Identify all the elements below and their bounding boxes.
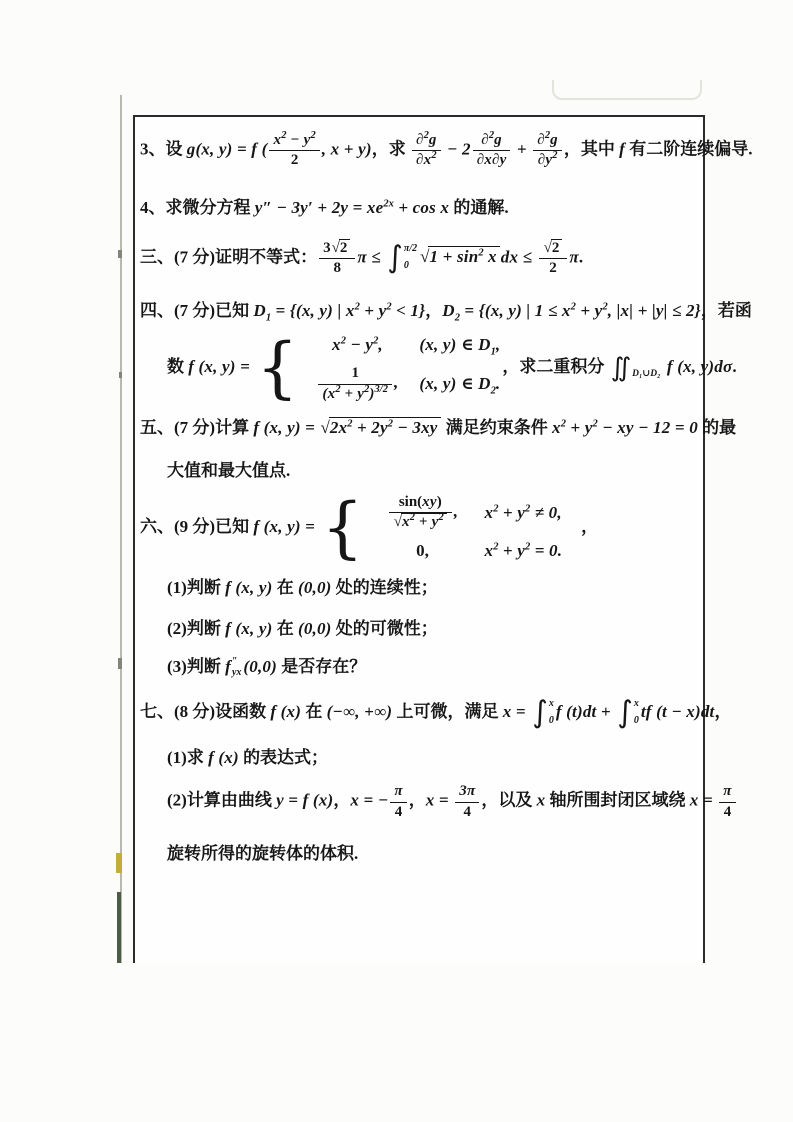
text-run: 满足约束条件: [442, 418, 553, 437]
text-run: 四、(7 分)已知: [140, 301, 253, 320]
scan-smudge: [118, 250, 122, 258]
cases-rows: x2 − y2,(x, y) ∈ D1,1(x2 + y2)3/2,(x, y)…: [301, 334, 500, 403]
text-run: sin(: [399, 494, 422, 510]
text-run: 在: [272, 578, 298, 597]
text-run: 旋转所得的旋转体的体积.: [167, 844, 358, 863]
math-run: x: [485, 541, 494, 560]
math-run: g: [429, 132, 437, 148]
math-run: + y: [566, 418, 593, 437]
scan-smudge: [118, 658, 122, 669]
math-run: − y: [286, 132, 310, 148]
text-run: 的表达式；: [239, 748, 328, 767]
superscript: 2: [552, 150, 557, 161]
math-run: ∂: [416, 132, 424, 148]
math-run: dx ≤: [501, 247, 537, 266]
math-run: ,: [378, 335, 382, 354]
denominator: √x2 + y2: [389, 513, 452, 531]
text-run: 2: [552, 240, 560, 256]
math-run: (x, y) ∈ D: [419, 374, 490, 393]
text-run: 的最: [698, 418, 736, 437]
math-run: π: [394, 783, 402, 799]
math-run: f (x, y) =: [253, 517, 319, 536]
numerator: 1: [318, 365, 392, 384]
denominator: (x2 + y2)3/2: [318, 385, 392, 403]
math-run: (x: [322, 386, 335, 402]
math-run: − xy − 12 = 0: [598, 418, 698, 437]
question-line: 数 f (x, y) = {x2 − y2,(x, y) ∈ D1,1(x2 +…: [167, 334, 703, 403]
math-run: xy: [422, 494, 437, 510]
text-run: (1)求: [167, 748, 208, 767]
text-run: 3、设: [140, 140, 187, 159]
question-line: 三、(7 分)证明不等式：3√28π ≤ ∫π/20√1 + sin2 xdx …: [140, 240, 703, 278]
text-run: 轴所围封闭区域绕: [545, 791, 690, 810]
math-run: ∂x: [416, 152, 431, 168]
text-run: ): [437, 494, 442, 510]
question-line: 四、(7 分)已知 D1 = {(x, y) | x2 + y2 < 1}，D2…: [140, 300, 703, 322]
text-run: 4: [724, 804, 732, 820]
numerator: x2 − y2: [269, 132, 319, 151]
math-run: , x + y): [322, 140, 372, 159]
text-run: 是否存在？: [277, 657, 366, 676]
exam-content-frame: 3、设 g(x, y) = f (x2 − y22, x + y)，求 ∂2g∂…: [133, 115, 705, 963]
question-line: 4、求微分方程 y″ − 3y′ + 2y = xe2x + cos x 的通解…: [140, 197, 703, 219]
square-root: √2: [544, 240, 563, 257]
math-run: + cos x: [394, 198, 449, 217]
math-run: x = −: [350, 791, 388, 810]
square-root: √x2 + y2: [394, 514, 447, 531]
scanned-exam-page: 3、设 g(x, y) = f (x2 − y22, x + y)，求 ∂2g∂…: [0, 0, 793, 1122]
radicand: 2: [551, 239, 563, 256]
math-run: < 1}: [392, 301, 426, 320]
text-run: (3)判断: [167, 657, 225, 676]
integral: ∫x0: [617, 698, 639, 728]
math-run: x =: [426, 791, 454, 810]
math-run: .: [496, 374, 500, 393]
piecewise-cases: {x2 − y2,(x, y) ∈ D1,1(x2 + y2)3/2,(x, y…: [256, 334, 500, 403]
numerator: √2: [539, 240, 568, 259]
math-run: D: [442, 301, 454, 320]
denominator: ∂x∂y: [473, 151, 511, 169]
lower-limit: 0: [404, 261, 417, 271]
denominator: ∂x2: [412, 151, 441, 169]
math-run: π: [723, 783, 731, 799]
text-run: 4: [395, 804, 403, 820]
text-run: 1: [351, 365, 359, 381]
math-run: + y: [415, 514, 439, 530]
text-run: 2: [340, 240, 348, 256]
integral-sign: ∫: [532, 698, 548, 728]
question-line: (2)判断 f (x, y) 在 (0,0) 处的可微性；: [167, 618, 703, 640]
math-run: y = f (x): [276, 791, 333, 810]
text-run: 2: [549, 260, 557, 276]
math-run: ∂: [481, 132, 489, 148]
superscript: 2: [439, 512, 444, 523]
math-run: − 2: [443, 140, 471, 159]
numerator: π: [719, 783, 735, 802]
question-line: 七、(8 分)设函数 f (x) 在 (−∞, +∞) 上可微，满足 x = ∫…: [140, 698, 703, 728]
text-run: (1)判断: [167, 578, 225, 597]
text-run: 三、(7 分)证明不等式：: [140, 247, 317, 266]
denominator: 4: [455, 803, 479, 821]
fraction: sin(xy)√x2 + y2: [389, 494, 452, 532]
fraction: x2 − y22: [269, 132, 319, 170]
text-run: (2)计算由曲线: [167, 791, 276, 810]
text-run: ，: [425, 301, 442, 320]
text-run: (2)判断: [167, 619, 225, 638]
math-run: g(x, y) = f (: [187, 140, 268, 159]
radicand: 1 + sin2 x: [428, 246, 499, 266]
page-scan-edge-line: [120, 95, 122, 963]
integral-limits: π/20: [403, 243, 417, 273]
text-run: ，: [714, 702, 731, 721]
superscript: 2: [431, 150, 436, 161]
math-run: + y: [341, 386, 365, 402]
numerator: π: [390, 783, 406, 802]
stack-subscript: yx: [232, 668, 241, 679]
math-run: π ≤: [357, 247, 385, 266]
text-run: 处的可微性；: [332, 619, 438, 638]
square-root: √2: [332, 240, 351, 257]
upper-limit: π/2: [404, 244, 417, 254]
math-run: f (x, y): [225, 619, 272, 638]
numerator: 3π: [455, 783, 479, 802]
numerator: 3√2: [319, 240, 355, 259]
question-line: 六、(9 分)已知 f (x, y) = {sin(xy)√x2 + y2,x2…: [140, 494, 703, 563]
double-integral: ∬D₁∪D₂: [611, 355, 661, 381]
numerator: ∂2g: [412, 132, 441, 151]
text-run: 的通解.: [449, 198, 509, 217]
math-run: f (t)dt +: [556, 702, 615, 721]
math-run: ,: [496, 335, 500, 354]
cases-expression: 0,: [367, 540, 479, 562]
question-line: (2)计算由曲线 y = f (x)，x = −π4，x = 3π4，以及 x …: [167, 783, 703, 821]
text-run: ，求: [372, 140, 410, 159]
question-line: (1)判断 f (x, y) 在 (0,0) 处的连续性；: [167, 577, 703, 599]
left-brace: {: [256, 340, 298, 396]
text-run: 4、求微分方程: [140, 198, 255, 217]
math-run: + y: [360, 301, 387, 320]
fraction: ∂2g∂x∂y: [473, 132, 511, 170]
math-run: = {(x, y) | 1 ≤ x: [460, 301, 571, 320]
scan-smudge: [119, 372, 122, 378]
fraction: ∂2g∂y2: [533, 132, 562, 170]
math-run: x: [484, 247, 497, 266]
text-run: 有二阶连续偏导.: [625, 140, 753, 159]
math-run: g: [494, 132, 502, 148]
math-run: x: [485, 503, 494, 522]
square-root: √2x2 + 2y2 − 3xy: [321, 417, 441, 439]
text-run: 七、(8 分)设函数: [140, 702, 270, 721]
fraction: 3π4: [455, 783, 479, 821]
numerator: sin(xy): [389, 494, 452, 513]
math-run: ,: [394, 373, 398, 392]
question-line: 旋转所得的旋转体的体积.: [167, 843, 703, 865]
math-run: x: [537, 791, 546, 810]
math-run: f (x, y): [225, 578, 272, 597]
math-run: x: [402, 514, 410, 530]
integral: ∫x0: [532, 698, 554, 728]
math-run: + y: [498, 503, 525, 522]
math-run: (x, y) ∈ D: [419, 335, 490, 354]
cases-condition: x2 + y2 = 0.: [485, 540, 563, 562]
text-run: 在: [301, 702, 327, 721]
math-run: ∂x∂y: [477, 152, 507, 168]
text-run: 2: [291, 152, 299, 168]
upper-limit: x: [634, 699, 639, 709]
text-run: 4: [464, 804, 472, 820]
question-line: (3)判断 f″yx(0,0) 是否存在？: [167, 656, 703, 679]
math-run: 2x: [330, 418, 347, 437]
radicand: 2: [339, 239, 351, 256]
math-run: ≠ 0,: [530, 503, 562, 522]
math-run: +: [512, 140, 531, 159]
math-run: f (x): [270, 702, 301, 721]
math-run: = {(x, y) | x: [271, 301, 355, 320]
text-run: 处的连续性；: [332, 578, 438, 597]
radicand: x2 + y2: [401, 513, 447, 530]
question-line: 五、(7 分)计算 f (x, y) = √2x2 + 2y2 − 3xy 满足…: [140, 417, 703, 439]
cases-row: sin(xy)√x2 + y2,x2 + y2 ≠ 0,: [367, 494, 563, 532]
math-run: ∂y: [538, 152, 552, 168]
math-run: D: [253, 301, 265, 320]
math-run: + y: [576, 301, 603, 320]
math-run: (0,0): [298, 578, 332, 597]
math-run: f (x): [208, 748, 239, 767]
left-brace: {: [322, 500, 364, 556]
cases-condition: x2 + y2 ≠ 0,: [485, 502, 562, 524]
math-run: − y: [346, 335, 373, 354]
text-run: ，求二重积分: [502, 357, 608, 376]
text-run: ，: [333, 791, 350, 810]
math-run: g: [550, 132, 558, 148]
denominator: 2: [539, 259, 568, 277]
math-run: 3π: [459, 783, 475, 799]
lower-limit: 0: [549, 716, 554, 726]
math-run: y″ − 3y′ + 2y = xe: [255, 198, 384, 217]
integral-limits: x0: [548, 698, 554, 728]
denominator: 4: [719, 803, 735, 821]
denominator: 2: [269, 151, 319, 169]
text-run: .: [579, 247, 583, 266]
piecewise-cases: {sin(xy)√x2 + y2,x2 + y2 ≠ 0,0,x2 + y2 =…: [322, 494, 563, 563]
question-line: 3、设 g(x, y) = f (x2 − y22, x + y)，求 ∂2g∂…: [140, 132, 703, 170]
math-run: x =: [503, 702, 531, 721]
text-run: ，其中: [564, 140, 619, 159]
fraction: √22: [539, 240, 568, 278]
integral-sign: ∫: [617, 698, 633, 728]
text-run: ，: [564, 517, 598, 536]
math-run: (0,0): [298, 619, 332, 638]
text-run: 数: [167, 357, 188, 376]
cases-row: 1(x2 + y2)3/2,(x, y) ∈ D2.: [301, 365, 500, 403]
numerator: ∂2g: [533, 132, 562, 151]
lower-limit: D₁∪D₂: [632, 370, 660, 380]
cases-row: 0,x2 + y2 = 0.: [367, 540, 563, 562]
cases-rows: sin(xy)√x2 + y2,x2 + y2 ≠ 0,0,x2 + y2 = …: [367, 494, 563, 563]
fraction: ∂2g∂x2: [412, 132, 441, 170]
text-run: .: [732, 357, 736, 376]
question-line: 大值和最大值点.: [167, 460, 703, 482]
math-run: x: [332, 335, 341, 354]
text-run: 大值和最大值点.: [167, 461, 290, 480]
math-run: x =: [690, 791, 718, 810]
integral-limits: x0: [633, 698, 639, 728]
cases-expression: 1(x2 + y2)3/2,: [301, 365, 413, 403]
math-run: f: [225, 657, 231, 676]
cases-row: x2 − y2,(x, y) ∈ D1,: [301, 334, 500, 356]
fraction: 1(x2 + y2)3/2: [318, 365, 392, 403]
numerator: ∂2g: [473, 132, 511, 151]
math-run: + y: [498, 541, 525, 560]
math-run: + 2y: [353, 418, 388, 437]
exam-question-list: 3、设 g(x, y) = f (x2 − y22, x + y)，求 ∂2g∂…: [140, 132, 703, 865]
math-run: 1 + sin: [429, 247, 478, 266]
denominator: 8: [319, 259, 355, 277]
denominator: 4: [390, 803, 406, 821]
text-run: ，若函: [701, 301, 752, 320]
cases-condition: (x, y) ∈ D2.: [419, 373, 500, 395]
math-run: f (x, y) =: [253, 418, 319, 437]
text-run: ，: [409, 791, 426, 810]
math-run: ,: [454, 502, 458, 521]
edge-mark-yellow: [116, 853, 122, 873]
fraction: 3√28: [319, 240, 355, 278]
math-run: x: [552, 418, 561, 437]
radicand: 2x2 + 2y2 − 3xy: [329, 417, 441, 437]
math-run: − 3xy: [393, 418, 438, 437]
text-run: 8: [333, 260, 341, 276]
math-run: f (x, y)dσ: [662, 357, 732, 376]
math-run: f (x, y) =: [188, 357, 254, 376]
text-run: 0,: [416, 541, 429, 560]
integral-sign: ∫: [387, 243, 403, 273]
lower-limit: 0: [634, 716, 639, 726]
text-run: 上可微，满足: [392, 702, 503, 721]
edge-mark-green: [117, 892, 121, 963]
math-run: = 0.: [530, 541, 562, 560]
square-root: √1 + sin2 x: [420, 246, 500, 268]
cases-expression: sin(xy)√x2 + y2,: [367, 494, 479, 532]
superscript: 2x: [383, 198, 394, 209]
superscript: 3/2: [375, 384, 388, 395]
text-run: 五、(7 分)计算: [140, 418, 253, 437]
math-run: , |x| + |y| ≤ 2}: [608, 301, 701, 320]
integral: ∫π/20: [387, 243, 417, 273]
upper-limit: x: [549, 699, 554, 709]
sup-sub-stack: ″yx: [232, 657, 241, 678]
math-run: (0,0): [243, 657, 277, 676]
integral-sign: ∬: [611, 355, 632, 381]
cases-expression: x2 − y2,: [301, 334, 413, 356]
superscript: 2: [311, 130, 316, 141]
text-run: 在: [272, 619, 298, 638]
math-run: ∂: [537, 132, 545, 148]
text-run: 3: [323, 240, 331, 256]
math-run: tf (t − x)dt: [641, 702, 715, 721]
fraction: π4: [719, 783, 735, 821]
cases-condition: (x, y) ∈ D1,: [419, 334, 500, 356]
denominator: ∂y2: [533, 151, 562, 169]
fraction: π4: [390, 783, 406, 821]
math-run: (−∞, +∞): [327, 702, 393, 721]
faded-box-bottom-edge: [552, 80, 702, 100]
math-run: π: [569, 247, 578, 266]
question-line: (1)求 f (x) 的表达式；: [167, 747, 703, 769]
integral-limits: D₁∪D₂: [631, 355, 660, 381]
text-run: ，以及: [481, 791, 536, 810]
text-run: 六、(9 分)已知: [140, 517, 253, 536]
